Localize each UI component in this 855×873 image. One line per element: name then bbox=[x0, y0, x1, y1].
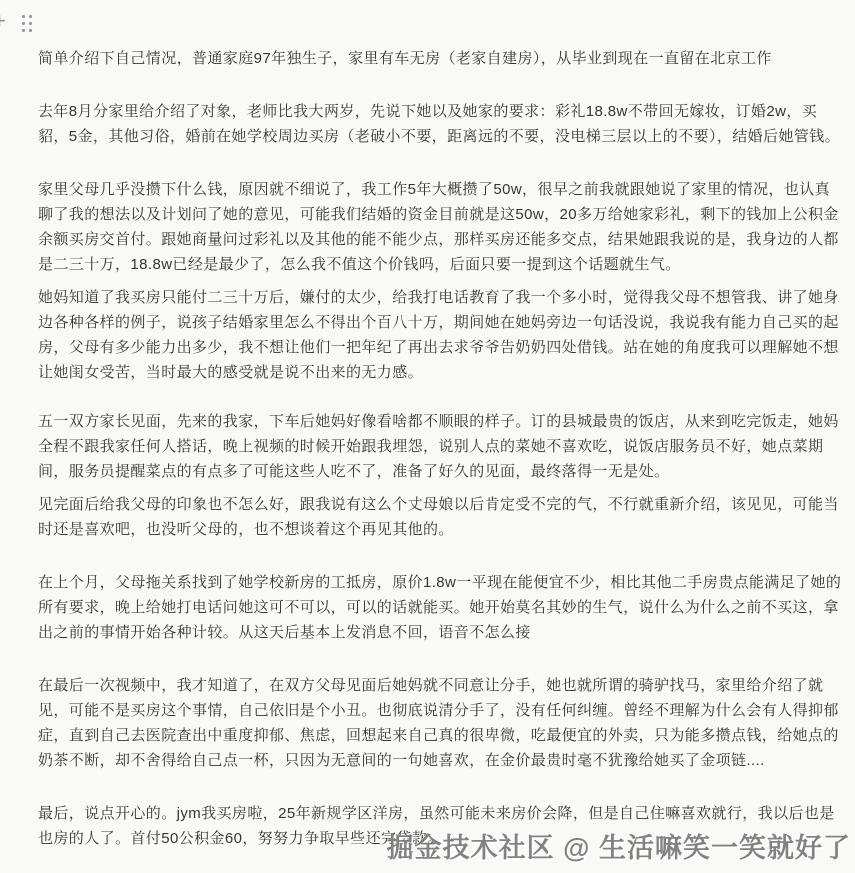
add-block-icon[interactable]: + bbox=[0, 10, 6, 32]
drag-handle-dot bbox=[29, 15, 32, 18]
drag-handle-icon[interactable] bbox=[22, 15, 36, 36]
drag-handle-dot bbox=[22, 15, 25, 18]
drag-handle-dot bbox=[22, 22, 25, 25]
paragraph-breakup: 在最后一次视频中，我才知道了，在双方父母见面后她妈就不同意让分手，她也就所谓的骑… bbox=[38, 673, 845, 773]
paragraph-intro: 简单介绍下自己情况，普通家庭97年独生子，家里有车无房（老家自建房），从毕业到现… bbox=[38, 46, 845, 71]
paragraph-ending: 最后，说点开心的。jym我买房啦，25年新规学区洋房，虽然可能未来房价会降，但是… bbox=[38, 801, 845, 851]
paragraph-requirements: 去年8月分家里给介绍了对象，老师比我大两岁，先说下她以及她家的要求：彩礼18.8… bbox=[38, 99, 845, 149]
drag-handle-dot bbox=[29, 29, 32, 32]
paragraph-savings: 家里父母几乎没攒下什么钱，原因就不细说了，我工作5年大概攒了50w，很早之前我就… bbox=[38, 177, 845, 277]
paragraph-house-offer: 在上个月，父母拖关系找到了她学校新房的工抵房，原价1.8w一平现在能便宜不少，相… bbox=[38, 570, 845, 645]
paragraph-parents-meeting: 五一双方家长见面，先来的我家，下车后她妈好像看啥都不顺眼的样子。订的县城最贵的饭… bbox=[38, 409, 845, 484]
drag-handle-dot bbox=[22, 29, 25, 32]
drag-handle-dot bbox=[29, 22, 32, 25]
document-body: 简单介绍下自己情况，普通家庭97年独生子，家里有车无房（老家自建房），从毕业到现… bbox=[0, 0, 855, 851]
paragraph-parents-impression: 见完面后给我父母的印象也不怎么好，跟我说有这么个丈母娘以后肯定受不完的气，不行就… bbox=[38, 492, 845, 542]
paragraph-mother-call: 她妈知道了我买房只能付二三十万后，嫌付的太少，给我打电话教育了我一个多小时，觉得… bbox=[38, 285, 845, 385]
